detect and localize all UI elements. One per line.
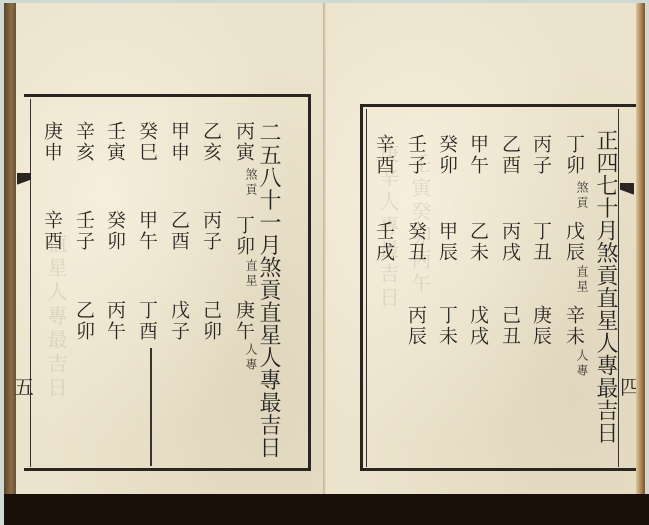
book-left-edge xyxy=(4,3,16,495)
day-cell: 丁丑 xyxy=(531,221,550,263)
day-cell: 丙辰 xyxy=(406,305,425,347)
day-cell: 甲午 xyxy=(468,134,487,176)
day-note: 煞貢 xyxy=(576,181,588,211)
day-cell: 己丑 xyxy=(500,305,519,347)
right-page: 四 庚辛人專最吉日 壬寅癸卯丙午 正四七十月煞貢直星人專最吉日 丁卯 煞貢 戊辰… xyxy=(326,3,637,494)
day-cell: 戊戌 xyxy=(468,305,487,347)
book-right-edge xyxy=(636,3,645,496)
day-cell: 甲午 xyxy=(137,210,156,252)
scan-bottom-shadow xyxy=(4,494,649,525)
day-cell: 戊子 xyxy=(169,300,188,342)
day-cell: 庚申 xyxy=(42,121,61,163)
left-page-heading: 二五八十一月煞貢直星人專最吉日 xyxy=(257,121,279,459)
bleed-through-text: 值星人專最吉日 xyxy=(42,233,71,401)
day-cell: 癸丑 xyxy=(406,221,425,263)
day-cell: 丁酉 xyxy=(137,300,156,342)
day-cell: 壬寅 xyxy=(105,121,124,163)
left-margin-rule xyxy=(30,99,31,467)
day-note: 人專 xyxy=(245,343,257,373)
day-cell: 癸卯 xyxy=(437,134,456,176)
day-cell: 丁未 xyxy=(437,305,456,347)
day-cell: 辛酉 xyxy=(374,134,393,176)
frame-inner-rule xyxy=(366,109,367,467)
day-cell: 乙未 xyxy=(468,221,487,263)
day-cell: 丙子 xyxy=(201,210,220,252)
day-note: 直星 xyxy=(245,259,257,289)
column-rule xyxy=(150,348,152,466)
day-cell: 甲申 xyxy=(169,121,188,163)
day-cell: 辛未 xyxy=(564,305,583,347)
day-cell: 丙戌 xyxy=(500,221,519,263)
day-note: 煞貢 xyxy=(245,168,257,198)
day-cell: 丁卯 xyxy=(564,134,583,176)
day-cell: 癸巳 xyxy=(137,121,156,163)
day-cell: 丙寅 xyxy=(234,121,253,163)
day-cell: 壬戌 xyxy=(374,221,393,263)
scanned-book-spread: 五 值星人專最吉日 二五八十一月煞貢直星人專最吉日 丙寅 煞貢 丁卯 直星 庚午… xyxy=(0,0,649,525)
day-cell: 乙酉 xyxy=(169,210,188,252)
fishtail-mark-right xyxy=(620,183,634,199)
left-page: 五 值星人專最吉日 二五八十一月煞貢直星人專最吉日 丙寅 煞貢 丁卯 直星 庚午… xyxy=(16,3,325,494)
day-cell: 己卯 xyxy=(201,300,220,342)
day-cell: 丙午 xyxy=(105,300,124,342)
day-cell: 乙酉 xyxy=(500,134,519,176)
right-margin-rule xyxy=(618,109,619,467)
day-cell: 庚辰 xyxy=(531,305,550,347)
day-cell: 乙亥 xyxy=(201,121,220,163)
day-cell: 戊辰 xyxy=(564,221,583,263)
page-number-left: 五 xyxy=(14,371,34,400)
day-cell: 壬子 xyxy=(74,210,93,252)
day-note: 人專 xyxy=(576,349,588,379)
day-cell: 丙子 xyxy=(531,134,550,176)
day-cell: 癸卯 xyxy=(105,210,124,252)
fishtail-mark-left xyxy=(17,173,31,189)
day-cell: 辛亥 xyxy=(74,121,93,163)
day-note: 直星 xyxy=(576,265,588,295)
day-cell: 乙卯 xyxy=(74,300,93,342)
day-cell: 辛酉 xyxy=(42,210,61,252)
right-page-heading: 正四七十月煞貢直星人專最吉日 xyxy=(594,129,616,444)
day-cell: 甲辰 xyxy=(437,221,456,263)
day-cell: 丁卯 xyxy=(234,215,253,257)
day-cell: 庚午 xyxy=(234,300,253,342)
day-cell: 壬子 xyxy=(406,134,425,176)
